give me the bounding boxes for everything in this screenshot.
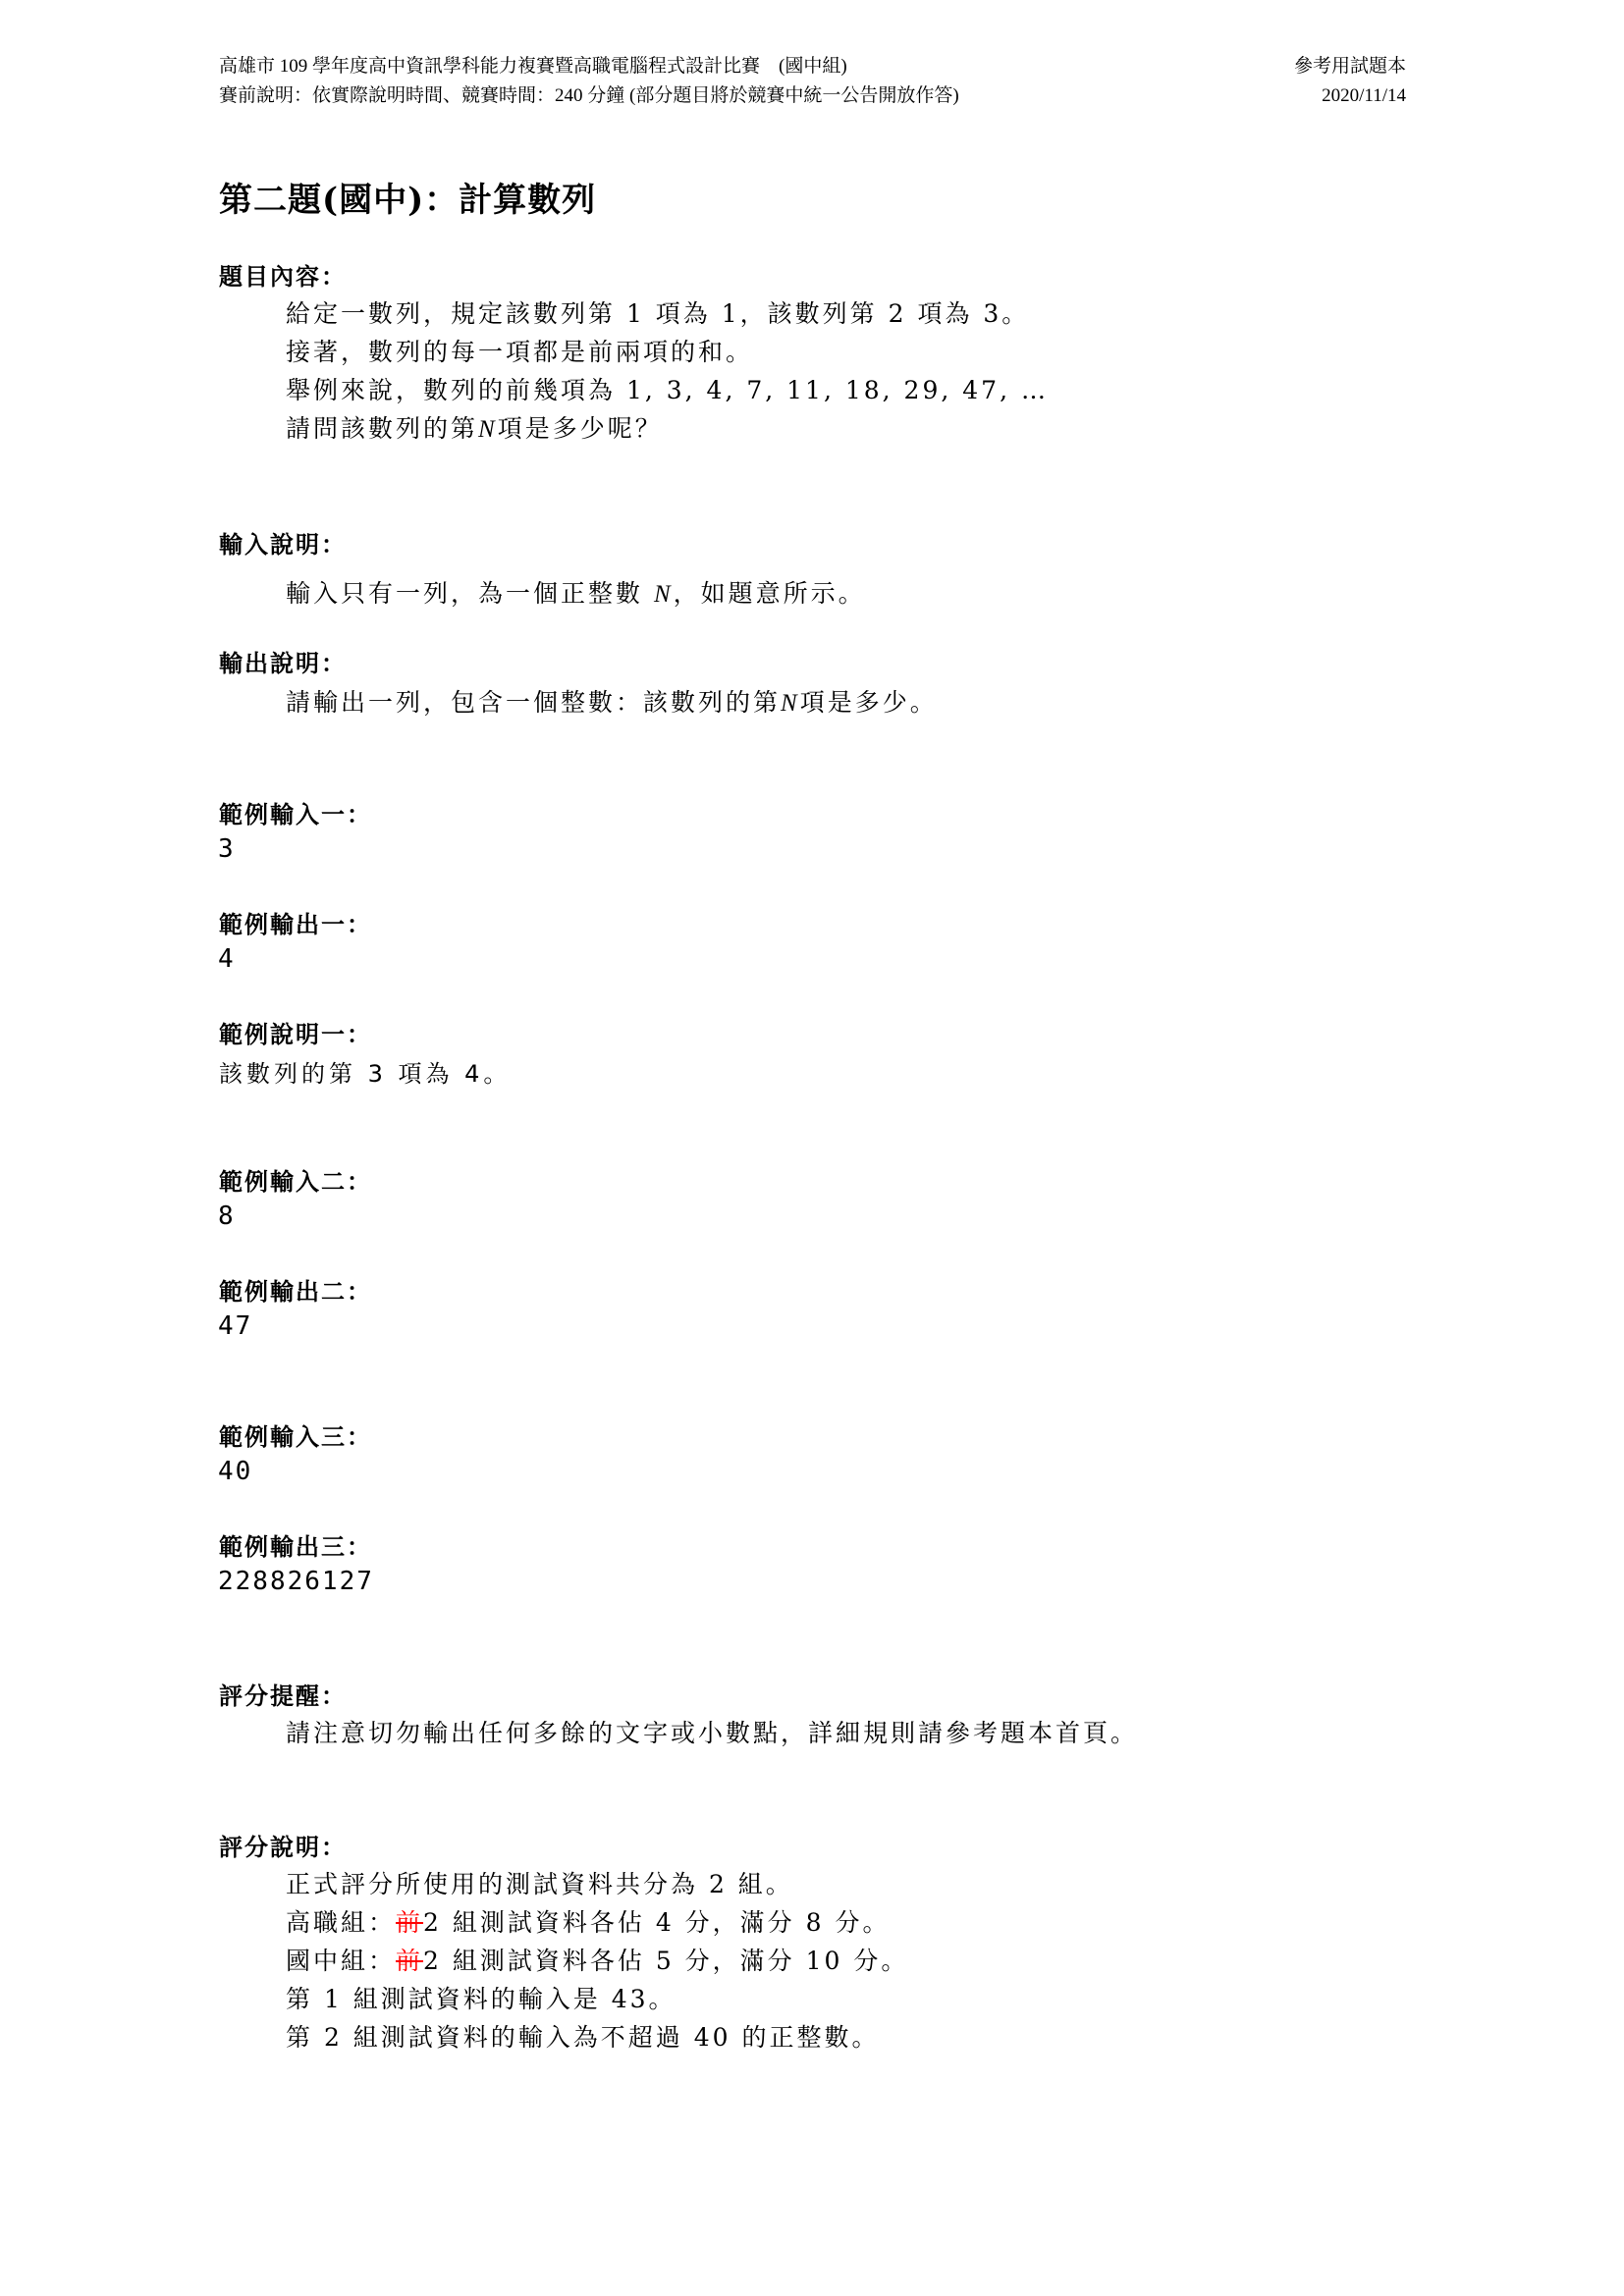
output-heading: 輸出說明： (219, 644, 347, 678)
output-description: 請輸出一列，包含一個整數：該數列的第N項是多少。 (286, 683, 938, 719)
content-line-4: 請問該數列的第N項是多少呢？ (286, 409, 663, 445)
example-3-output-heading: 範例輸出三： (219, 1527, 372, 1562)
scoring-line-2-post: 2 組測試資料各佔 4 分，滿分 8 分。 (423, 1908, 890, 1937)
content-line-3: 舉例來說，數列的前幾項為 1, 3, 4, 7, 11, 18, 29, 47,… (286, 371, 1049, 406)
scoring-line-3-pre: 國中組： (286, 1947, 396, 1975)
document-page: 高雄市 109 學年度高中資訊學科能力複賽暨高職電腦程式設計比賽 (國中組) 賽… (0, 0, 1624, 2296)
input-description: 輸入只有一列，為一個正整數 N，如題意所示。 (286, 574, 866, 610)
example-1-explain: 該數列的第 3 項為 4。 (219, 1054, 511, 1089)
reminder-heading: 評分提醒： (219, 1677, 347, 1711)
input-heading: 輸入說明： (219, 525, 347, 560)
output-description-post: 項是多少。 (800, 688, 938, 717)
struck-text: 前 (396, 1908, 423, 1937)
header-date: 2020/11/14 (1322, 84, 1406, 108)
reminder-text: 請注意切勿輸出任何多餘的文字或小數點，詳細規則請參考題本首頁。 (286, 1714, 1138, 1749)
output-description-pre: 請輸出一列，包含一個整數：該數列的第 (286, 688, 781, 717)
example-1-input-heading: 範例輸入一： (219, 795, 372, 829)
example-2-input-value: 8 (218, 1201, 236, 1231)
content-line-4-post: 項是多少呢？ (498, 414, 663, 443)
content-line-1: 給定一數列，規定該數列第 1 項為 1，該數列第 2 項為 3。 (286, 294, 1029, 330)
example-2-output-value: 47 (218, 1311, 252, 1341)
scoring-line-3: 國中組：前2 組測試資料各佔 5 分，滿分 10 分。 (286, 1942, 908, 1977)
input-description-post: ，如題意所示。 (674, 579, 866, 608)
scoring-line-2-pre: 高職組： (286, 1908, 396, 1937)
scoring-line-2: 高職組：前2 組測試資料各佔 4 分，滿分 8 分。 (286, 1903, 890, 1939)
example-2-output-heading: 範例輸出二： (219, 1272, 372, 1307)
scoring-line-3-post: 2 組測試資料各佔 5 分，滿分 10 分。 (423, 1947, 908, 1975)
scoring-line-1: 正式評分所使用的測試資料共分為 2 組。 (286, 1865, 793, 1900)
example-1-input-value: 3 (218, 834, 236, 864)
input-description-pre: 輸入只有一列，為一個正整數 (286, 579, 654, 608)
header-competition-title: 高雄市 109 學年度高中資訊學科能力複賽暨高職電腦程式設計比賽 (國中組) (219, 55, 847, 79)
scoring-line-4: 第 1 組測試資料的輸入是 43。 (286, 1980, 677, 2015)
variable-n: N (781, 690, 800, 717)
content-line-2: 接著，數列的每一項都是前兩項的和。 (286, 333, 753, 368)
example-1-output-heading: 範例輸出一： (219, 905, 372, 939)
header-booklet-label: 參考用試題本 (1294, 55, 1406, 79)
problem-title: 第二題(國中)：計算數列 (219, 173, 596, 221)
scoring-line-5: 第 2 組測試資料的輸入為不超過 40 的正整數。 (286, 2018, 880, 2054)
header-competition-note: 賽前說明：依實際說明時間、競賽時間：240 分鐘 (部分題目將於競賽中統一公告開… (219, 84, 959, 108)
content-heading: 題目內容： (219, 257, 347, 292)
example-1-explain-heading: 範例說明一： (219, 1015, 372, 1049)
variable-n: N (654, 581, 674, 608)
variable-n: N (478, 416, 498, 443)
content-line-4-pre: 請問該數列的第 (286, 414, 478, 443)
example-3-input-value: 40 (218, 1457, 252, 1486)
example-3-input-heading: 範例輸入三： (219, 1417, 372, 1452)
scoring-heading: 評分說明： (219, 1828, 347, 1862)
example-1-output-value: 4 (218, 944, 236, 974)
example-3-output-value: 228826127 (218, 1567, 374, 1596)
struck-text: 前 (396, 1947, 423, 1975)
example-2-input-heading: 範例輸入二： (219, 1162, 372, 1197)
